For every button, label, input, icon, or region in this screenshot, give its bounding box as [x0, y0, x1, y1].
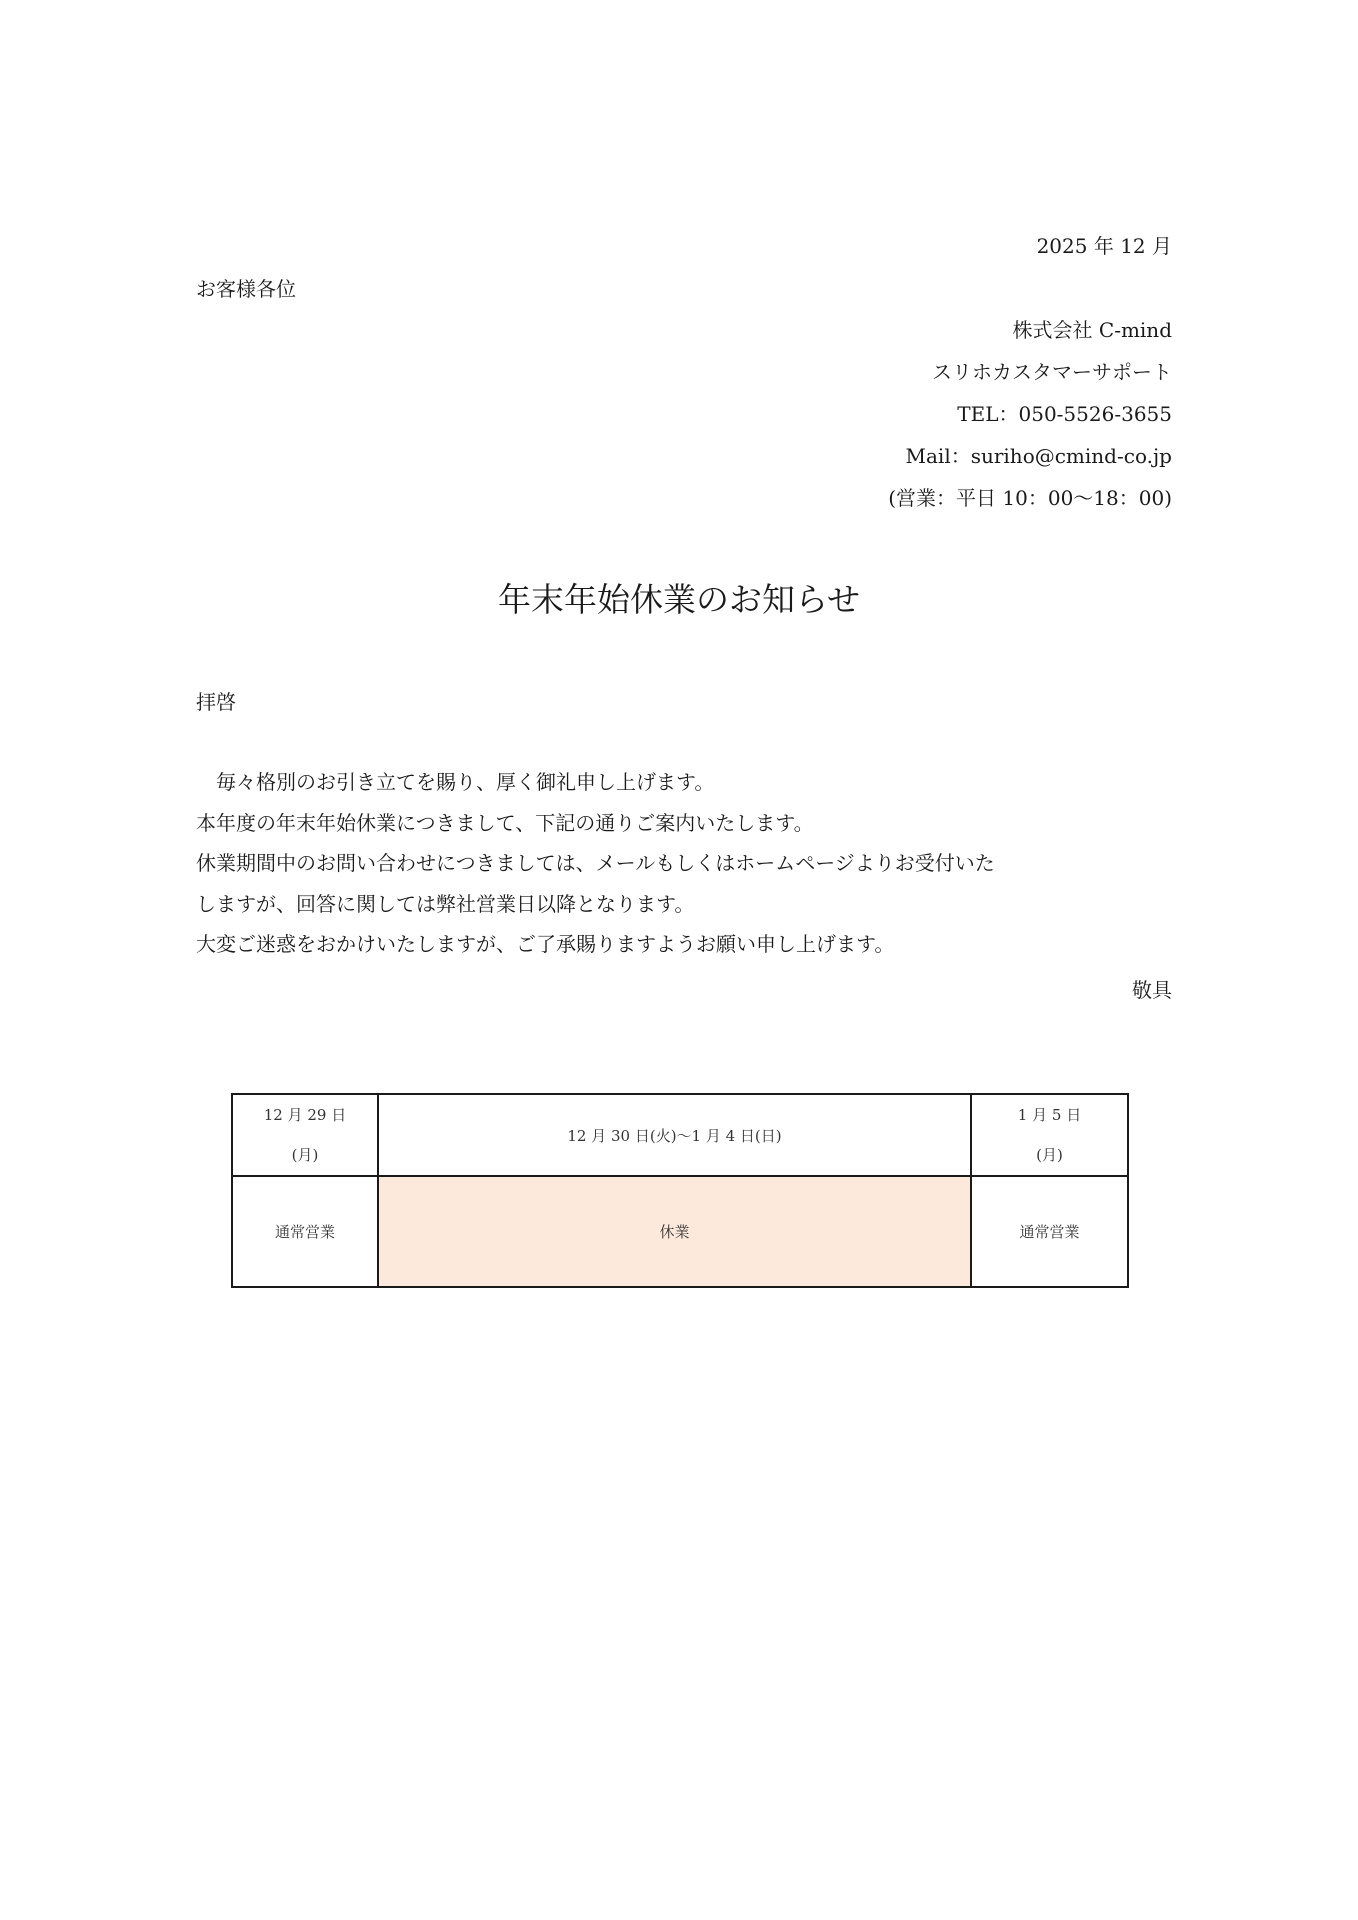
schedule-date-cell-after: 1 月 5 日 (月) — [971, 1094, 1128, 1176]
body-line: 毎々格別のお引き立てを賜り、厚く御礼申し上げます。 — [196, 770, 1176, 811]
body-line: しますが、回答に関しては弊社営業日以降となります。 — [196, 892, 1176, 933]
sender-department: スリホカスタマーサポート — [672, 360, 1172, 402]
status-cell-after: 通常営業 — [971, 1176, 1128, 1287]
sender-tel: TEL：050-5526-3655 — [672, 402, 1172, 444]
document-title: 年末年始休業のお知らせ — [0, 580, 1358, 620]
status-cell-before: 通常営業 — [232, 1176, 378, 1287]
body-line: 休業期間中のお問い合わせにつきましては、メールもしくはホームページよりお受付いた — [196, 851, 1176, 892]
schedule-status-row: 通常営業 休業 通常営業 — [232, 1176, 1128, 1287]
letter-body: 毎々格別のお引き立てを賜り、厚く御礼申し上げます。 本年度の年末年始休業につきま… — [196, 770, 1176, 973]
opening-salutation: 拝啓 — [196, 690, 236, 714]
closing-salutation: 敬具 — [1132, 978, 1172, 1002]
date-line: 1 月 5 日 — [972, 1095, 1127, 1135]
holiday-schedule-table: 12 月 29 日 (月) 12 月 30 日(火)～1 月 4 日(日) 1 … — [231, 1093, 1129, 1288]
date-line: 12 月 29 日 — [233, 1095, 377, 1135]
schedule-date-cell-closed: 12 月 30 日(火)～1 月 4 日(日) — [378, 1094, 971, 1176]
schedule-date-row: 12 月 29 日 (月) 12 月 30 日(火)～1 月 4 日(日) 1 … — [232, 1094, 1128, 1176]
weekday-line: (月) — [972, 1135, 1127, 1175]
sender-mail: Mail：suriho@cmind-co.jp — [672, 444, 1172, 486]
document-date: 2025 年 12 月 — [1037, 234, 1172, 258]
closed-date-range: 12 月 30 日(火)～1 月 4 日(日) — [567, 1127, 781, 1145]
weekday-line: (月) — [233, 1135, 377, 1175]
sender-block: 株式会社 C-mind スリホカスタマーサポート TEL：050-5526-36… — [672, 318, 1172, 528]
addressee: お客様各位 — [196, 277, 296, 301]
body-line: 大変ご迷惑をおかけいたしますが、ご了承賜りますようお願い申し上げます。 — [196, 932, 1176, 973]
status-cell-closed: 休業 — [378, 1176, 971, 1287]
schedule-date-cell-before: 12 月 29 日 (月) — [232, 1094, 378, 1176]
body-line: 本年度の年末年始休業につきまして、下記の通りご案内いたします。 — [196, 811, 1176, 852]
sender-hours: (営業：平日 10：00～18：00) — [672, 486, 1172, 528]
sender-company: 株式会社 C-mind — [672, 318, 1172, 360]
